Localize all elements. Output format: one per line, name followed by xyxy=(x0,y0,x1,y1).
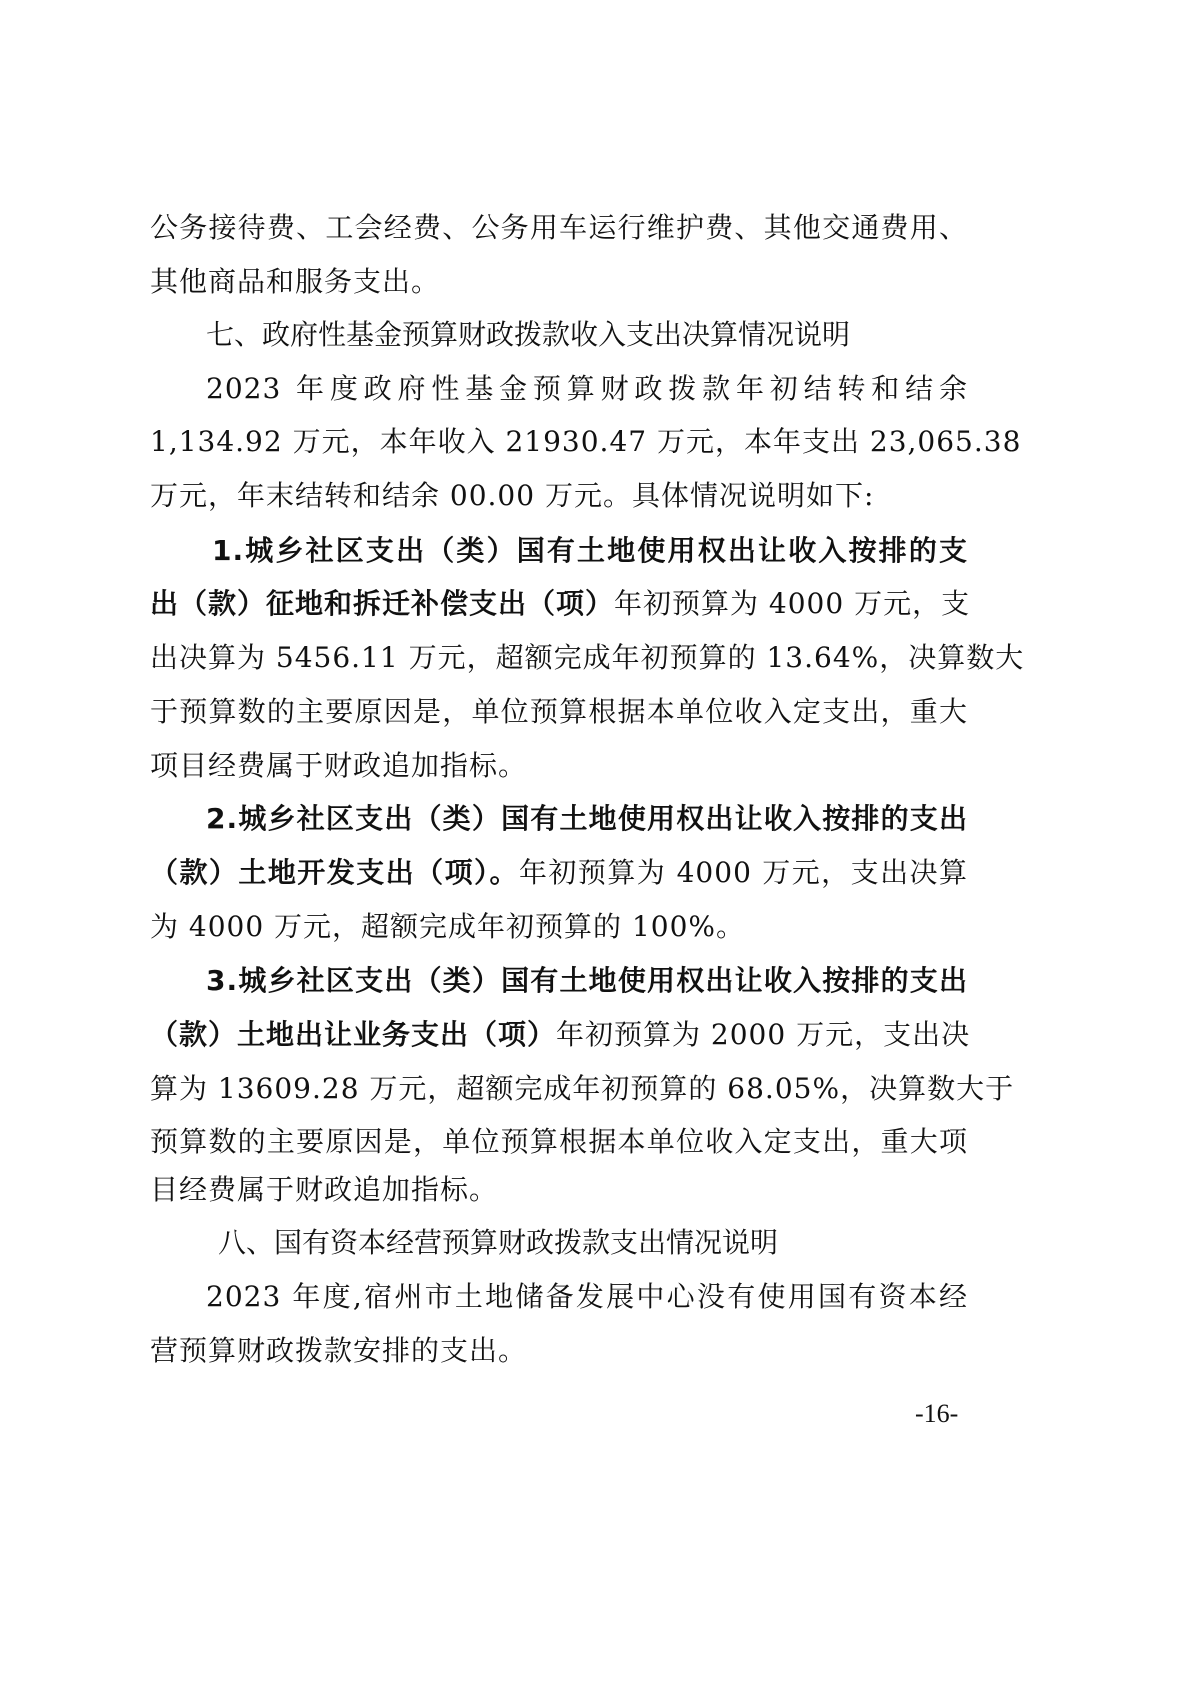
item-3-line: （款）土地出让业务支出（项）年初预算为 2000 万元，支出决 xyxy=(150,1015,968,1055)
text-line: 出决算为 5456.11 万元，超额完成年初预算的 13.64%，决算数大 xyxy=(150,638,968,678)
text-line: 其他商品和服务支出。 xyxy=(150,262,968,302)
item-2-title: 2.城乡社区支出（类）国有土地使用权出让收入按排的支出 xyxy=(206,802,968,835)
section-heading-7: 七、政府性基金预算财政拨款收入支出决算情况说明 xyxy=(206,315,968,355)
item-1-title-cont: 出（款）征地和拆迁补偿支出（项） xyxy=(150,587,614,620)
text-line: 2023 年度政府性基金预算财政拨款年初结转和结余 xyxy=(206,369,968,409)
text-line: 公务接待费、工会经费、公务用车运行维护费、其他交通费用、 xyxy=(150,208,968,248)
item-1-title: 1.城乡社区支出（类）国有土地使用权出让收入按排的支 xyxy=(212,534,968,567)
text-line: 为 4000 万元，超额完成年初预算的 100%。 xyxy=(150,907,968,947)
item-2-line: （款）土地开发支出（项）。年初预算为 4000 万元，支出决算 xyxy=(150,853,968,893)
item-3-text: 年初预算为 2000 万元，支出决 xyxy=(556,1018,970,1051)
item-2-text: 年初预算为 4000 万元，支出决算 xyxy=(519,856,968,889)
text-line: 2023 年度,宿州市土地储备发展中心没有使用国有资本经 xyxy=(206,1277,968,1317)
item-3-title: 3.城乡社区支出（类）国有土地使用权出让收入按排的支出 xyxy=(206,964,968,997)
item-2-title-line: 2.城乡社区支出（类）国有土地使用权出让收入按排的支出 xyxy=(206,799,968,839)
text-line: 预算数的主要原因是，单位预算根据本单位收入定支出，重大项 xyxy=(150,1122,968,1162)
text-line: 1,134.92 万元，本年收入 21930.47 万元，本年支出 23,065… xyxy=(150,422,968,462)
item-1-title-line: 1.城乡社区支出（类）国有土地使用权出让收入按排的支 xyxy=(212,531,968,571)
section-heading-8: 八、国有资本经营预算财政拨款支出情况说明 xyxy=(218,1223,968,1263)
item-3-title-line: 3.城乡社区支出（类）国有土地使用权出让收入按排的支出 xyxy=(206,961,968,1001)
item-3-title-cont: （款）土地出让业务支出（项） xyxy=(150,1018,556,1051)
item-2-title-cont: （款）土地开发支出（项）。 xyxy=(150,856,519,889)
document-page: 公务接待费、工会经费、公务用车运行维护费、其他交通费用、 其他商品和服务支出。 … xyxy=(0,0,1190,1683)
text-line: 万元，年末结转和结余 00.00 万元。具体情况说明如下: xyxy=(150,476,968,516)
text-line: 目经费属于财政追加指标。 xyxy=(150,1170,968,1210)
text-line: 算为 13609.28 万元，超额完成年初预算的 68.05%，决算数大于 xyxy=(150,1069,968,1109)
page-number: -16- xyxy=(915,1396,958,1432)
text-line: 营预算财政拨款安排的支出。 xyxy=(150,1331,968,1371)
item-1-line: 出（款）征地和拆迁补偿支出（项）年初预算为 4000 万元，支 xyxy=(150,584,968,624)
text-line: 项目经费属于财政追加指标。 xyxy=(150,746,968,786)
text-line: 于预算数的主要原因是，单位预算根据本单位收入定支出，重大 xyxy=(150,692,968,732)
item-1-text: 年初预算为 4000 万元，支 xyxy=(614,587,970,620)
